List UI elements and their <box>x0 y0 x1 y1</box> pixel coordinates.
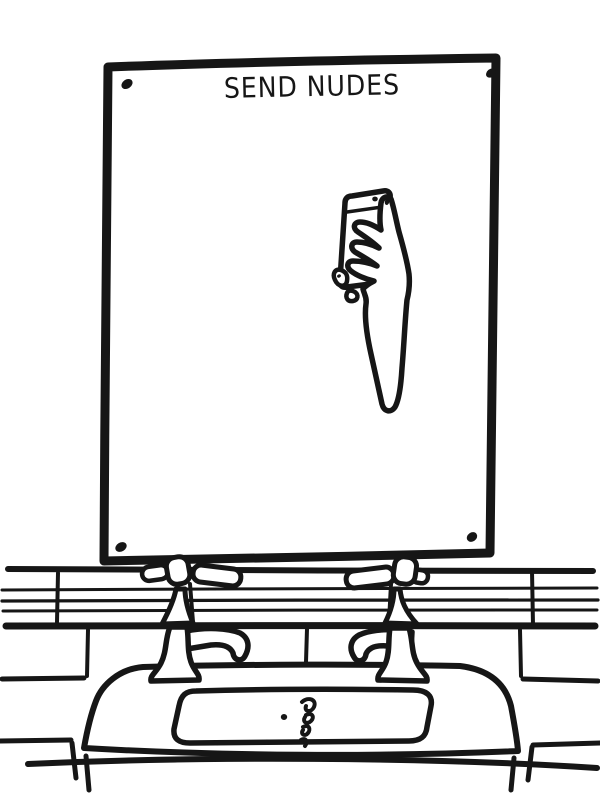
tile-trim-line-3 <box>3 610 597 611</box>
counter-edge-left <box>0 740 71 741</box>
tile-trim-line-2 <box>2 600 598 601</box>
tile-line-top <box>8 569 593 571</box>
finger-tip-below-phone <box>346 291 357 302</box>
thumb-tip <box>334 270 347 286</box>
cartoon-illustration: SEND NUDES <box>0 0 600 802</box>
tile-seam-lower-left <box>87 630 88 676</box>
tile-seam-lower-right <box>520 630 521 676</box>
faucet-left-spout <box>186 629 248 660</box>
phone-camera-dot <box>372 197 378 202</box>
water-drop <box>281 714 287 720</box>
mirror: SEND NUDES <box>104 58 498 561</box>
counter-leg-right-inner <box>511 758 514 790</box>
faucet-right-handle-wing-left <box>345 566 395 589</box>
counter-leg-left-inner <box>86 756 89 790</box>
faucet-left-neck-cone <box>162 589 193 624</box>
faucet-right-handle-knob <box>392 556 418 586</box>
mirror-caption-text: SEND NUDES <box>224 68 401 105</box>
sink-unit <box>0 665 600 790</box>
tile-grout-right <box>523 679 598 681</box>
tile-trim-line-1 <box>2 588 597 590</box>
tile-grout-left <box>2 678 84 679</box>
faucet-left-handle-knob <box>165 555 191 585</box>
counter-leg-left-outer <box>72 743 76 778</box>
tile-seam-upper-right <box>532 571 533 625</box>
faucet-left-handle-wing-right <box>192 564 242 587</box>
mirror-frame <box>104 58 496 561</box>
counter-edge-right <box>533 743 600 745</box>
tile-seam-upper-left <box>57 573 58 622</box>
faucet-right <box>345 556 429 681</box>
bathroom-mirror-drawing: SEND NUDES <box>0 0 600 802</box>
counter-leg-right-outer <box>528 747 532 780</box>
tile-seam-lower-center <box>306 629 307 662</box>
